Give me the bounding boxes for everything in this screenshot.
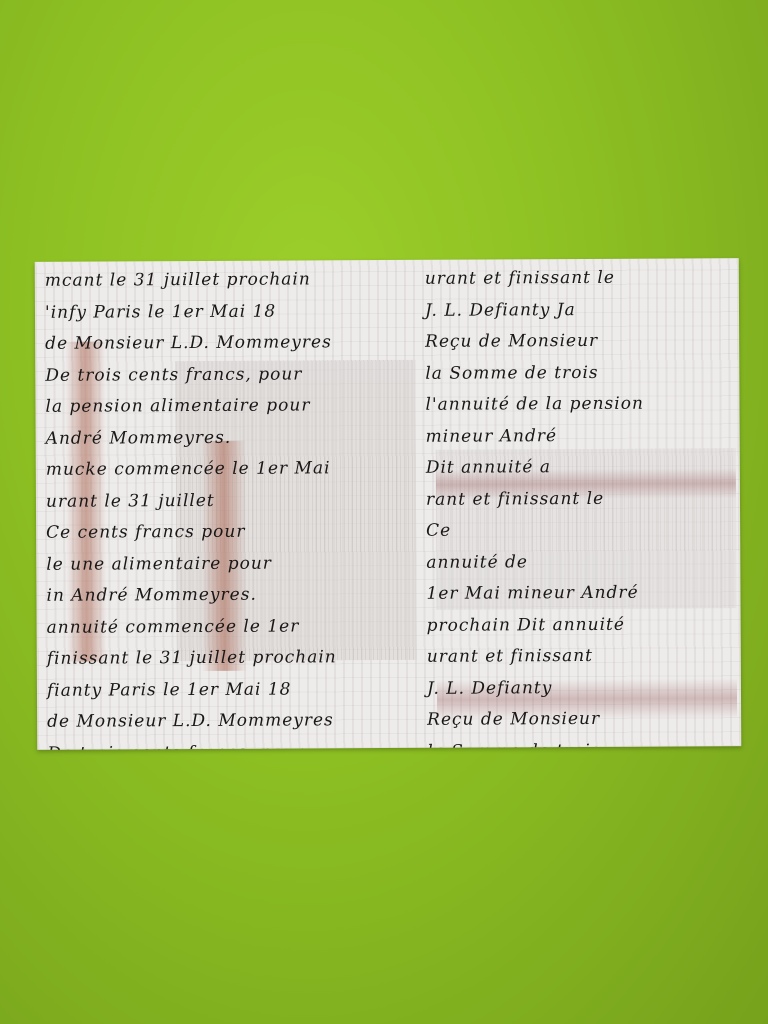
script-line-left: in André Mommeyres.	[46, 579, 426, 612]
script-line-right: mineur André	[426, 426, 557, 447]
script-line: 'infy Paris le 1er Mai 18J. L. Defianty …	[45, 294, 729, 329]
script-line-left: le une alimentaire pour	[46, 547, 426, 580]
script-line: de Monsieur L.D. MommeyresReçu de Monsie…	[45, 325, 729, 360]
decoupage-paper-sheet: mcant le 31 juillet prochainurant et fin…	[35, 258, 742, 750]
script-line: in André Mommeyres.1er Mai mineur André	[46, 577, 730, 612]
script-line-right: l'annuité de la pension	[425, 394, 643, 415]
script-line: urant le 31 juilletrant et finissant le	[46, 483, 730, 518]
script-line: mucke commencée le 1er MaiDit annuité a	[46, 451, 730, 486]
script-line-right: Dit annuité a	[426, 457, 551, 478]
script-line-right: rant et finissant le	[426, 488, 604, 509]
script-line-left: 'infy Paris le 1er Mai 18	[45, 295, 425, 328]
script-line: André Mommeyres.mineur André	[46, 420, 730, 455]
script-line-right: la Somme de trois	[425, 362, 598, 383]
script-line: annuité commencée le 1erprochain Dit ann…	[47, 609, 731, 644]
script-line-right: urant et finissant le	[425, 268, 615, 289]
script-line: fianty Paris le 1er Mai 18J. L. Defianty	[47, 672, 731, 707]
script-line: De trois cents francs, pourla Somme de t…	[45, 357, 729, 392]
script-line-left: André Mommeyres.	[46, 421, 426, 454]
script-line-right: J. L. Defianty Ja	[425, 300, 576, 321]
script-line: la pension alimentaire pourl'annuité de …	[45, 388, 729, 423]
script-line-left: la pension alimentaire pour	[45, 390, 425, 423]
script-line-right: urant et finissant	[427, 646, 593, 667]
script-line-left: mcant le 31 juillet prochain	[45, 264, 425, 297]
script-line-left: fianty Paris le 1er Mai 18	[47, 673, 427, 706]
script-line-right: annuité de	[426, 552, 528, 573]
script-line-left: De trois cents francs, pour	[47, 736, 427, 750]
script-line: De trois cents francs, pourla Somme de t…	[47, 735, 731, 750]
script-line-left: de Monsieur L.D. Mommeyres	[47, 705, 427, 738]
script-line-right: Ce	[426, 521, 451, 541]
script-line: de Monsieur L.D. MommeyresReçu de Monsie…	[47, 703, 731, 738]
script-line-right: prochain Dit annuité	[427, 614, 625, 635]
script-line: le une alimentaire pourannuité de	[46, 546, 730, 581]
script-line-left: De trois cents francs, pour	[45, 358, 425, 391]
script-line: finissant le 31 juillet prochainurant et…	[47, 640, 731, 675]
script-line-left: urant le 31 juillet	[46, 484, 426, 517]
script-line: Ce cents francs pourCe	[46, 514, 730, 549]
script-line-left: mucke commencée le 1er Mai	[46, 453, 426, 486]
script-line-left: finissant le 31 juillet prochain	[47, 642, 427, 675]
script-line-left: annuité commencée le 1er	[47, 610, 427, 643]
script-line-right: J. L. Defianty	[427, 678, 552, 699]
script-text: mcant le 31 juillet prochainurant et fin…	[35, 258, 742, 750]
script-line-right: Reçu de Monsieur	[427, 709, 600, 730]
script-line-right: Reçu de Monsieur	[425, 331, 598, 352]
script-line-left: Ce cents francs pour	[46, 516, 426, 549]
script-line-right: 1er Mai mineur André	[426, 583, 638, 604]
script-line-right: la Somme de trois	[427, 740, 600, 749]
script-line: mcant le 31 juillet prochainurant et fin…	[45, 262, 729, 297]
script-line-left: de Monsieur L.D. Mommeyres	[45, 327, 425, 360]
